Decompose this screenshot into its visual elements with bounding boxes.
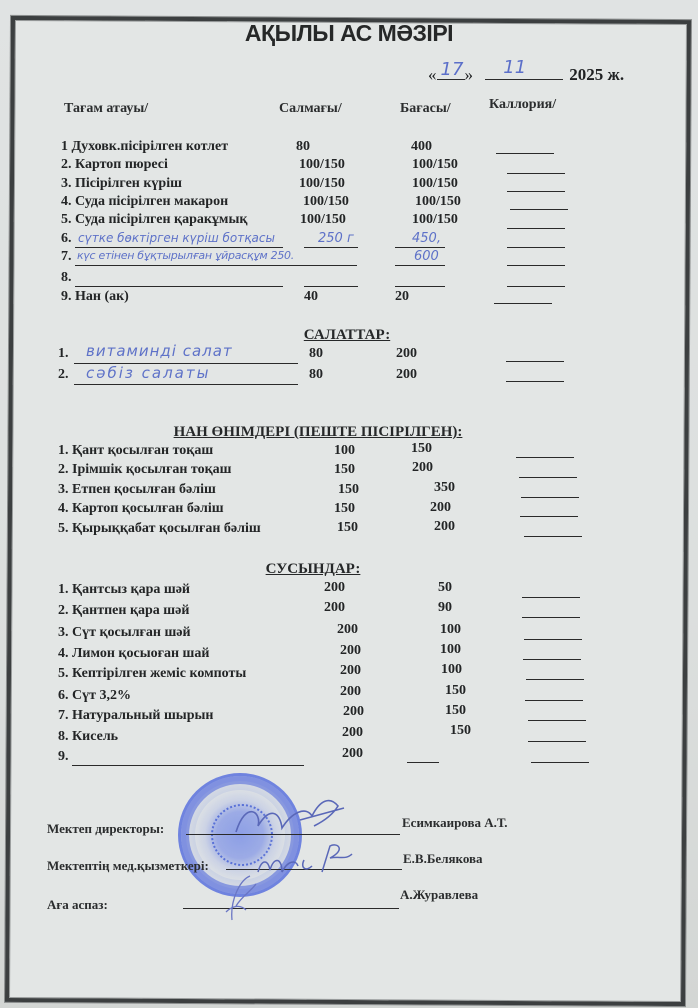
handwritten-signatures-icon (0, 0, 698, 1008)
